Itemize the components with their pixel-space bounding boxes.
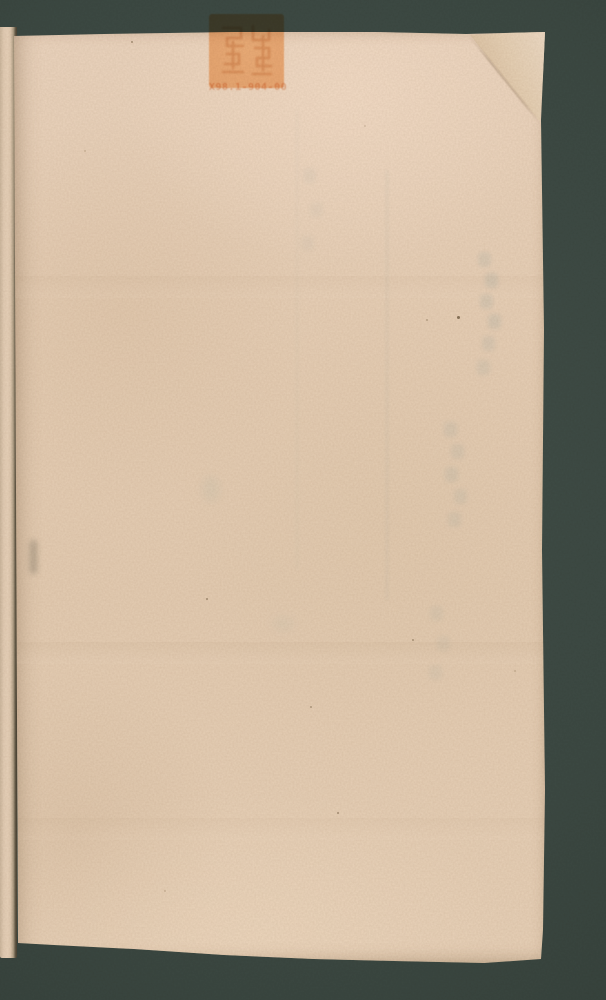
paper-speck <box>514 670 516 672</box>
showthrough-ink-blob <box>445 467 458 482</box>
seal-characters-icon <box>209 14 284 88</box>
showthrough-ink-blob <box>303 168 316 183</box>
gutter-ink-smudge <box>30 540 37 574</box>
showthrough-ink-blob <box>310 202 323 217</box>
paper-speck <box>131 41 133 43</box>
showthrough-smudge <box>272 616 294 632</box>
showthrough-ink-blob <box>477 360 490 375</box>
showthrough-ink-blob <box>301 236 314 251</box>
paper-speck <box>364 125 366 127</box>
paper-speck <box>337 812 339 814</box>
paper-speck <box>310 706 312 708</box>
book-page-scan: X98.1-904-00 <box>0 0 606 1000</box>
paper-crease-band <box>14 642 546 664</box>
showthrough-column-rule <box>296 110 298 570</box>
showthrough-ink-blob <box>429 665 442 680</box>
showthrough-ink-blob <box>430 606 443 621</box>
showthrough-ink-blob <box>437 636 450 651</box>
showthrough-ink-blob <box>480 294 493 309</box>
showthrough-ink-blob <box>478 252 491 267</box>
showthrough-ink-blob <box>454 489 467 504</box>
adjacent-page-edge <box>0 27 17 958</box>
paper-speck <box>426 319 428 321</box>
paper-crease-band <box>14 276 546 298</box>
showthrough-ink-blob <box>482 336 495 351</box>
paper-speck <box>84 150 86 152</box>
paper-crease-band <box>14 818 546 840</box>
paper-speck <box>457 316 460 319</box>
book-page-paper <box>14 30 546 964</box>
showthrough-ink-blob <box>448 512 461 527</box>
showthrough-ink-blob <box>451 444 464 459</box>
paper-speck <box>206 598 208 600</box>
showthrough-ink-blob <box>444 422 457 437</box>
library-seal-stamp <box>209 14 284 88</box>
paper-speck <box>412 639 414 641</box>
showthrough-smudge <box>202 476 220 502</box>
showthrough-ink-blob <box>488 314 501 329</box>
call-number: X98.1-904-00 <box>194 82 302 93</box>
showthrough-ink-blob <box>485 273 498 288</box>
showthrough-column-rule <box>386 170 388 600</box>
paper-speck <box>164 890 166 892</box>
